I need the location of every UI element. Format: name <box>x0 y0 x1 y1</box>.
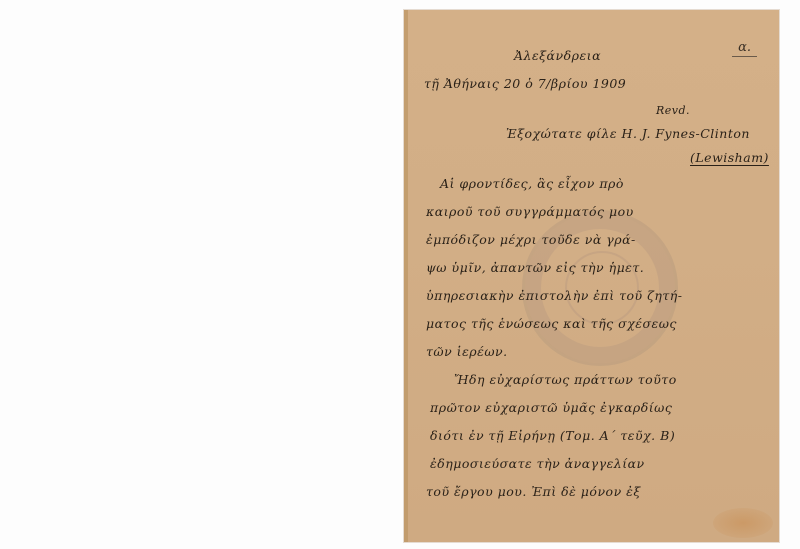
letter-line: ὑπηρεσιακὴν ἐπιστολὴν ἐπὶ τοῦ ζητή- <box>426 288 682 303</box>
letter-line: καιροῦ τοῦ συγγράμματός μου <box>426 204 634 219</box>
paper-stain <box>713 508 773 538</box>
letter-line: ματος τῆς ἑνώσεως καὶ τῆς σχέσεως <box>426 316 677 331</box>
letter-line: ἐδημοσιεύσατε τὴν ἀναγγελίαν <box>430 456 645 471</box>
letter-lewisham: (Lewisham) <box>690 150 769 165</box>
letter-line: πρῶτον εὐχαριστῶ ὑμᾶς ἐγκαρδίως <box>430 400 672 415</box>
letter-line: διότι ἐν τῇ Εἰρήνῃ (Τομ. Α΄ τεῦχ. Β) <box>430 428 675 443</box>
letter-revd: Revd. <box>656 104 690 117</box>
letter-page: α. Ἀλεξάνδρεια τῇ Ἀθήναις 20 ὁ 7/βρίου 1… <box>404 10 779 542</box>
folio-mark: α. <box>732 40 757 57</box>
letter-place: Ἀλεξάνδρεια <box>514 48 601 63</box>
letter-salutation: Ἐξοχώτατε φίλε H. J. Fynes-Clinton <box>506 126 750 141</box>
letter-line: τοῦ ἔργου μου. Ἐπὶ δὲ μόνον ἐξ <box>426 484 641 499</box>
letter-line: τῶν ἱερέων. <box>426 344 508 359</box>
letter-line: ψω ὑμῖν, ἀπαντῶν εἰς τὴν ἡμετ. <box>426 260 644 275</box>
letter-line: Ἤδη εὐχαρίστως πράττων τοῦτο <box>454 372 677 387</box>
letter-line: ἐμπόδιζον μέχρι τοῦδε νὰ γρά- <box>426 232 636 247</box>
letter-date: τῇ Ἀθήναις 20 ὁ 7/βρίου 1909 <box>424 76 626 91</box>
letter-line: Αἱ φροντίδες, ἃς εἶχον πρὸ <box>440 176 624 191</box>
